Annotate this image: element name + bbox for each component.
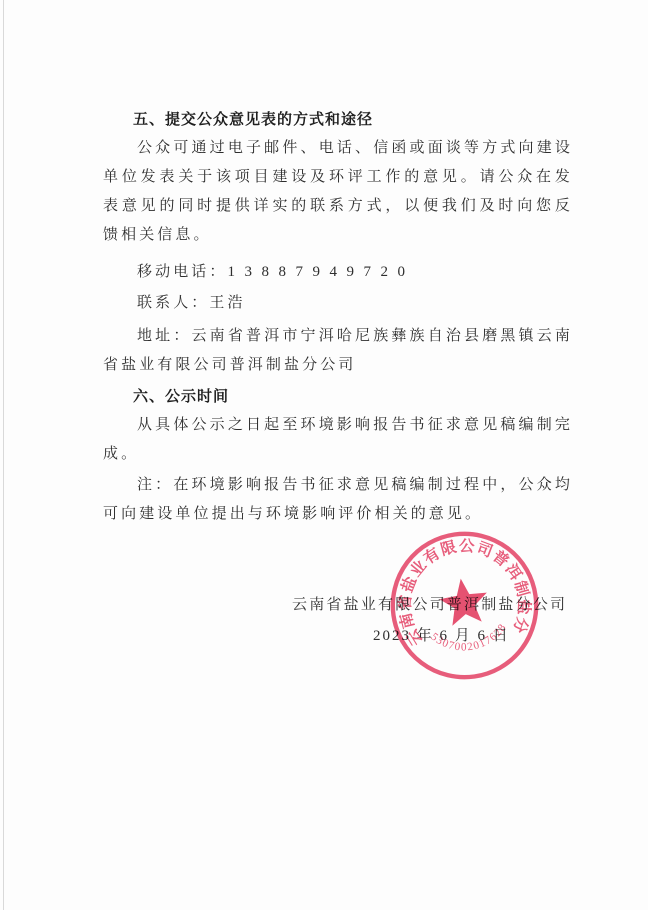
scanned-document-page: 五、提交公众意见表的方式和途径 公众可通过电子邮件、电话、信函或面谈等方式向建设…: [0, 0, 648, 910]
section5-heading: 五、提交公众意见表的方式和途径: [103, 105, 573, 134]
section6-paragraph: 从具体公示之日起至环境影响报告书征求意见稿编制完成。: [103, 411, 573, 469]
mobile-phone-number: 13887949720: [228, 264, 415, 280]
section6-note: 注：在环境影响报告书征求意见稿编制过程中，公众均可向建设单位提出与环境影响评价相…: [103, 471, 573, 529]
contact-person-name: 王浩: [209, 295, 245, 311]
signature-date: 2023 年 6 月 6 日: [373, 622, 573, 651]
mobile-phone-label: 移动电话：: [137, 264, 228, 280]
mobile-phone-line: 移动电话：13887949720: [103, 258, 573, 287]
section5-paragraph: 公众可通过电子邮件、电话、信函或面谈等方式向建设单位发表关于该项目建设及环评工作…: [103, 134, 573, 250]
address-label: 地址：: [137, 328, 192, 344]
contact-person-label: 联系人：: [137, 295, 209, 311]
document-body: 五、提交公众意见表的方式和途径 公众可通过电子邮件、电话、信函或面谈等方式向建设…: [103, 0, 573, 651]
signature-company: 云南省盐业有限公司普洱制盐分公司: [292, 591, 573, 620]
section6-heading: 六、公示时间: [103, 382, 573, 411]
scan-edge-line: [3, 0, 4, 910]
address-line: 地址：云南省普洱市宁洱哈尼族彝族自治县磨黑镇云南省盐业有限公司普洱制盐分公司: [103, 322, 573, 380]
contact-person-line: 联系人：王浩: [103, 289, 573, 318]
